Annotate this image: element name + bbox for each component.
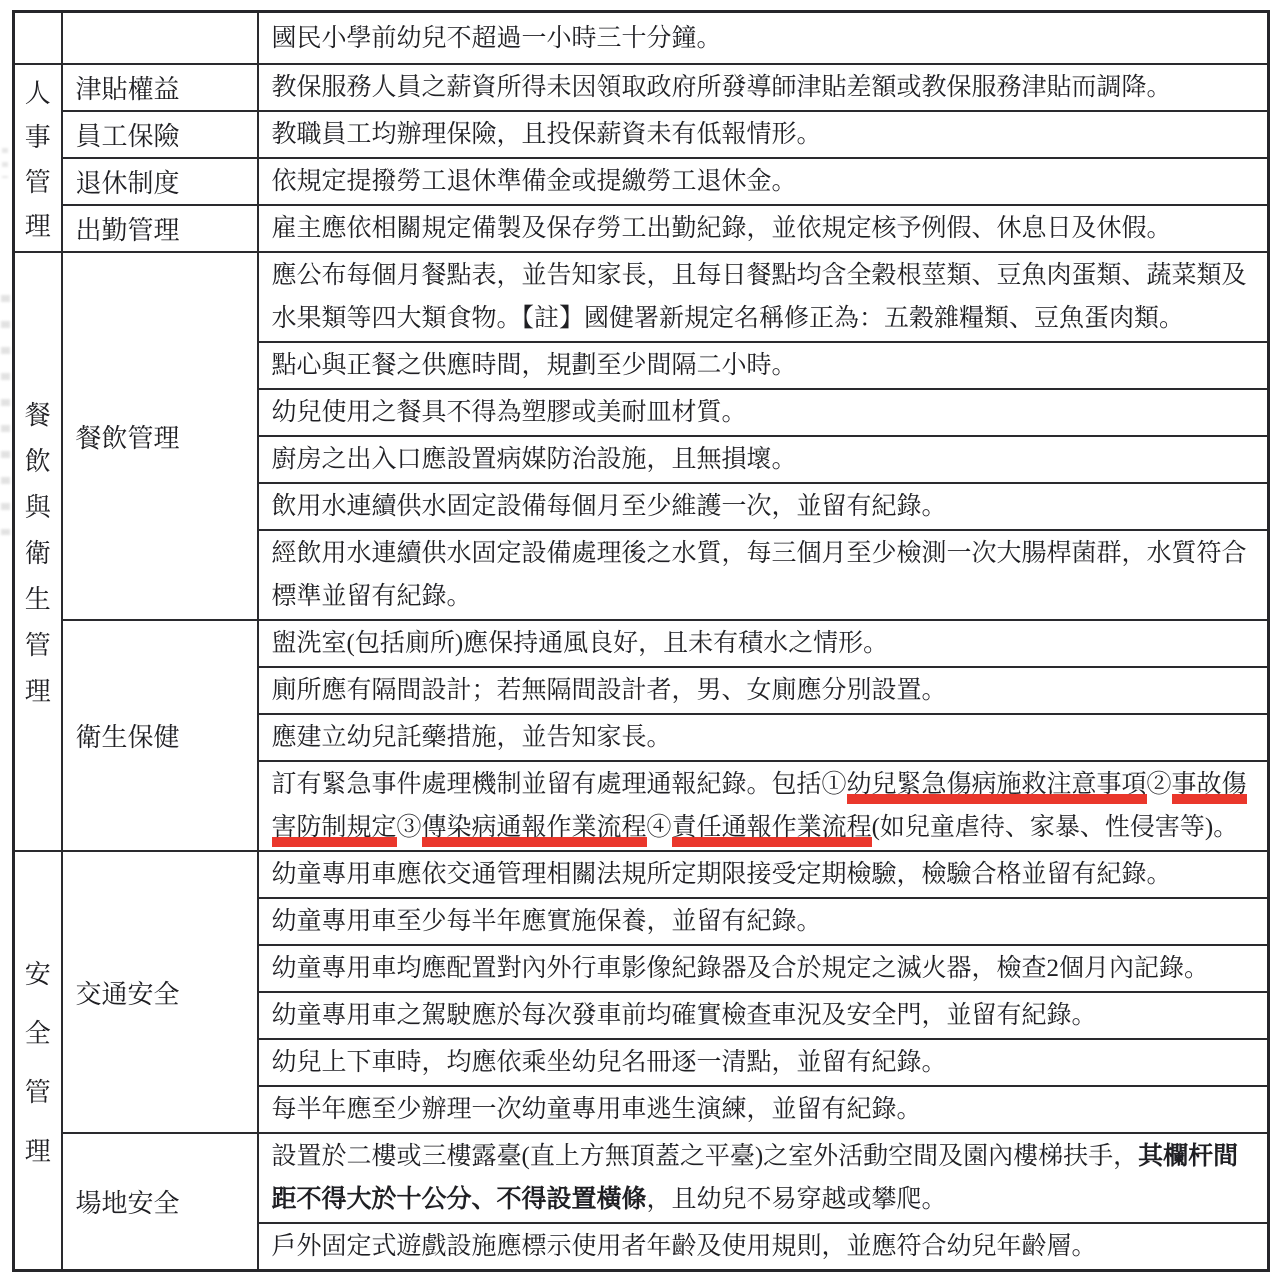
item-cell: 教職員工均辦理保險，且投保薪資未有低報情形。 xyxy=(258,111,1269,158)
item-cell: 訂有緊急事件處理機制並留有處理通報紀錄。包括①幼兒緊急傷病施救注意事項②事故傷害… xyxy=(258,761,1269,851)
table-row: 場地安全設置於二樓或三樓露臺(直上方無頂蓋之平臺)之室外活動空間及園內樓梯扶手，… xyxy=(14,1133,1269,1223)
category-char: 與 xyxy=(25,487,51,524)
item-cell: 廚房之出入口應設置病媒防治設施，且無損壞。 xyxy=(258,436,1269,483)
item-cell: 幼兒使用之餐具不得為塑膠或美耐皿材質。 xyxy=(258,389,1269,436)
document-page: { "colors": { "underline_red": "#ea372c"… xyxy=(0,0,1282,1278)
table-row: 餐飲與衛生管理餐飲管理應公布每個月餐點表，並告知家長，且每日餐點均含全穀根莖類、… xyxy=(14,252,1269,342)
text-segment: ② xyxy=(1147,771,1172,798)
item-cell: 雇主應依相關規定備製及保存勞工出勤紀錄，並依規定核予例假、休息日及休假。 xyxy=(258,205,1269,252)
text-segment: 盥洗室(包括廁所)應保持通風良好，且未有積水之情形。 xyxy=(272,630,889,657)
inspection-table: 國民小學前幼兒不超過一小時三十分鐘。 人事管理津貼權益教保服務人員之薪資所得未因… xyxy=(12,10,1270,1272)
table-row: 退休制度依規定提撥勞工退休準備金或提繳勞工退休金。 xyxy=(14,158,1269,205)
text-segment: 幼童專用車應依交通管理相關法規所定期限接受定期檢驗，檢驗合格並留有紀錄。 xyxy=(272,861,1172,888)
item-cell: 經飲用水連續供水固定設備處理後之水質，每三個月至少檢測一次大腸桿菌群，水質符合標… xyxy=(258,530,1269,620)
text-segment: 教保服務人員之薪資所得未因領取政府所發導師津貼差額或教保服務津貼而調降。 xyxy=(272,74,1172,101)
scan-smudge xyxy=(1,295,10,535)
text-segment: 標準並留有紀錄。 xyxy=(272,583,472,610)
item-cell: 依規定提撥勞工退休準備金或提繳勞工退休金。 xyxy=(258,158,1269,205)
subcategory-cell: 餐飲管理 xyxy=(62,252,258,620)
category-cell: 餐飲與衛生管理 xyxy=(14,252,62,851)
text-segment: 點心與正餐之供應時間，規劃至少間隔二小時。 xyxy=(272,352,797,379)
item-cell: 點心與正餐之供應時間，規劃至少間隔二小時。 xyxy=(258,342,1269,389)
item-cell: 教保服務人員之薪資所得未因領取政府所發導師津貼差額或教保服務津貼而調降。 xyxy=(258,64,1269,111)
subcategory-cell: 場地安全 xyxy=(62,1133,258,1271)
red-underline-annotation: 責任通報作業流程 xyxy=(672,814,872,847)
item-cell: 每半年應至少辦理一次幼童專用車逃生演練，並留有紀錄。 xyxy=(258,1086,1269,1133)
item-cell: 幼兒上下車時，均應依乘坐幼兒名冊逐一清點，並留有紀錄。 xyxy=(258,1039,1269,1086)
text-segment: 戶外固定式遊戲設施應標示使用者年齡及使用規則，並應符合幼兒年齡層。 xyxy=(272,1233,1097,1260)
red-underline-annotation: 傳染病通報作業流程 xyxy=(422,814,647,847)
text-segment: 幼兒使用之餐具不得為塑膠或美耐皿材質。 xyxy=(272,399,747,426)
item-cell: 幼童專用車之駕駛應於每次發車前均確實檢查車況及安全門，並留有紀錄。 xyxy=(258,992,1269,1039)
subcategory-cell: 津貼權益 xyxy=(62,64,258,111)
scan-smudge xyxy=(2,148,8,178)
category-char: 理 xyxy=(25,1131,51,1168)
table-row: 人事管理津貼權益教保服務人員之薪資所得未因領取政府所發導師津貼差額或教保服務津貼… xyxy=(14,64,1269,111)
item-cell: 廁所應有隔間設計；若無隔間設計者，男、女廁應分別設置。 xyxy=(258,667,1269,714)
category-char: 衛 xyxy=(25,533,51,570)
text-segment: 廁所應有隔間設計；若無隔間設計者，男、女廁應分別設置。 xyxy=(272,677,947,704)
category-char: 事 xyxy=(25,117,51,154)
subcategory-cell: 衛生保健 xyxy=(62,620,258,851)
category-char: 理 xyxy=(25,671,51,708)
carryover-item-cell: 國民小學前幼兒不超過一小時三十分鐘。 xyxy=(258,12,1269,65)
table-row: 員工保險教職員工均辦理保險，且投保薪資未有低報情形。 xyxy=(14,111,1269,158)
item-cell: 應公布每個月餐點表，並告知家長，且每日餐點均含全穀根莖類、豆魚肉蛋類、蔬菜類及水… xyxy=(258,252,1269,342)
text-segment: ④ xyxy=(647,814,672,841)
category-char: 人 xyxy=(25,73,51,110)
carryover-row: 國民小學前幼兒不超過一小時三十分鐘。 xyxy=(14,12,1269,65)
bold-text-segment: 距不得大於十公分、不得設置橫條 xyxy=(272,1186,647,1213)
text-segment: 幼童專用車均應配置對內外行車影像紀錄器及合於規定之滅火器，檢查2個月內記錄。 xyxy=(272,955,1210,982)
red-underline-annotation: 幼兒緊急傷病施救注意事項 xyxy=(847,771,1147,804)
item-cell: 幼童專用車均應配置對內外行車影像紀錄器及合於規定之滅火器，檢查2個月內記錄。 xyxy=(258,945,1269,992)
subcategory-cell: 交通安全 xyxy=(62,851,258,1133)
text-segment: 雇主應依相關規定備製及保存勞工出勤紀錄，並依規定核予例假、休息日及休假。 xyxy=(272,215,1172,242)
category-char: 飲 xyxy=(25,441,51,478)
category-vertical-label: 餐飲與衛生管理 xyxy=(15,253,61,850)
item-cell: 幼童專用車至少每半年應實施保養，並留有紀錄。 xyxy=(258,898,1269,945)
subcategory-cell: 退休制度 xyxy=(62,158,258,205)
category-cell: 人事管理 xyxy=(14,64,62,252)
red-underline-annotation: 害防制規定 xyxy=(272,814,397,847)
category-char: 安 xyxy=(25,954,51,991)
subcategory-cell: 員工保險 xyxy=(62,111,258,158)
text-segment: 應公布每個月餐點表，並告知家長，且每日餐點均含全穀根莖類、豆魚肉蛋類、蔬菜類及 xyxy=(272,262,1247,289)
text-segment: 幼兒上下車時，均應依乘坐幼兒名冊逐一清點，並留有紀錄。 xyxy=(272,1049,947,1076)
item-cell: 飲用水連續供水固定設備每個月至少維護一次，並留有紀錄。 xyxy=(258,483,1269,530)
red-underline-annotation: 事故傷 xyxy=(1172,771,1247,804)
category-char: 全 xyxy=(25,1013,51,1050)
category-char: 管 xyxy=(25,1072,51,1109)
category-char: 理 xyxy=(25,206,51,243)
category-char: 生 xyxy=(25,579,51,616)
category-cell: 安全管理 xyxy=(14,851,62,1271)
text-segment: 經飲用水連續供水固定設備處理後之水質，每三個月至少檢測一次大腸桿菌群，水質符合 xyxy=(272,540,1247,567)
text-segment: 幼童專用車至少每半年應實施保養，並留有紀錄。 xyxy=(272,908,822,935)
table-row: 安全管理交通安全幼童專用車應依交通管理相關法規所定期限接受定期檢驗，檢驗合格並留… xyxy=(14,851,1269,898)
text-segment: 幼童專用車之駕駛應於每次發車前均確實檢查車況及安全門，並留有紀錄。 xyxy=(272,1002,1097,1029)
subcategory-cell: 出勤管理 xyxy=(62,205,258,252)
category-char: 管 xyxy=(25,625,51,662)
item-cell: 盥洗室(包括廁所)應保持通風良好，且未有積水之情形。 xyxy=(258,620,1269,667)
category-vertical-label: 人事管理 xyxy=(15,65,61,251)
table-body: 國民小學前幼兒不超過一小時三十分鐘。 人事管理津貼權益教保服務人員之薪資所得未因… xyxy=(14,12,1269,1271)
category-char: 管 xyxy=(25,162,51,199)
text-segment: 每半年應至少辦理一次幼童專用車逃生演練，並留有紀錄。 xyxy=(272,1096,922,1123)
text-segment: 水果類等四大類食物。【註】國健署新規定名稱修正為：五穀雜糧類、豆魚蛋肉類。 xyxy=(272,305,1185,332)
text-segment: 教職員工均辦理保險，且投保薪資未有低報情形。 xyxy=(272,121,822,148)
text-segment: 應建立幼兒託藥措施，並告知家長。 xyxy=(272,724,672,751)
text-segment: (如兒童虐待、家暴、性侵害等)。 xyxy=(872,814,1239,841)
item-cell: 設置於二樓或三樓露臺(直上方無頂蓋之平臺)之室外活動空間及園內樓梯扶手，其欄杆間… xyxy=(258,1133,1269,1223)
carryover-category-cell xyxy=(14,12,62,65)
table-row: 衛生保健盥洗室(包括廁所)應保持通風良好，且未有積水之情形。 xyxy=(14,620,1269,667)
carryover-subcategory-cell xyxy=(62,12,258,65)
text-segment: ，且幼兒不易穿越或攀爬。 xyxy=(647,1186,947,1213)
text-segment: 依規定提撥勞工退休準備金或提繳勞工退休金。 xyxy=(272,168,797,195)
bold-text-segment: 其欄杆間 xyxy=(1138,1143,1238,1170)
item-cell: 幼童專用車應依交通管理相關法規所定期限接受定期檢驗，檢驗合格並留有紀錄。 xyxy=(258,851,1269,898)
text-segment: 設置於二樓或三樓露臺(直上方無頂蓋之平臺)之室外活動空間及園內樓梯扶手， xyxy=(272,1143,1139,1170)
item-cell: 戶外固定式遊戲設施應標示使用者年齡及使用規則，並應符合幼兒年齡層。 xyxy=(258,1223,1269,1271)
text-segment: ③ xyxy=(397,814,422,841)
item-cell: 應建立幼兒託藥措施，並告知家長。 xyxy=(258,714,1269,761)
category-vertical-label: 安全管理 xyxy=(15,852,61,1269)
text-segment: 廚房之出入口應設置病媒防治設施，且無損壞。 xyxy=(272,446,797,473)
text-segment: 訂有緊急事件處理機制並留有處理通報紀錄。包括① xyxy=(272,771,847,798)
category-char: 餐 xyxy=(25,395,51,432)
table-row: 出勤管理雇主應依相關規定備製及保存勞工出勤紀錄，並依規定核予例假、休息日及休假。 xyxy=(14,205,1269,252)
text-segment: 飲用水連續供水固定設備每個月至少維護一次，並留有紀錄。 xyxy=(272,493,947,520)
